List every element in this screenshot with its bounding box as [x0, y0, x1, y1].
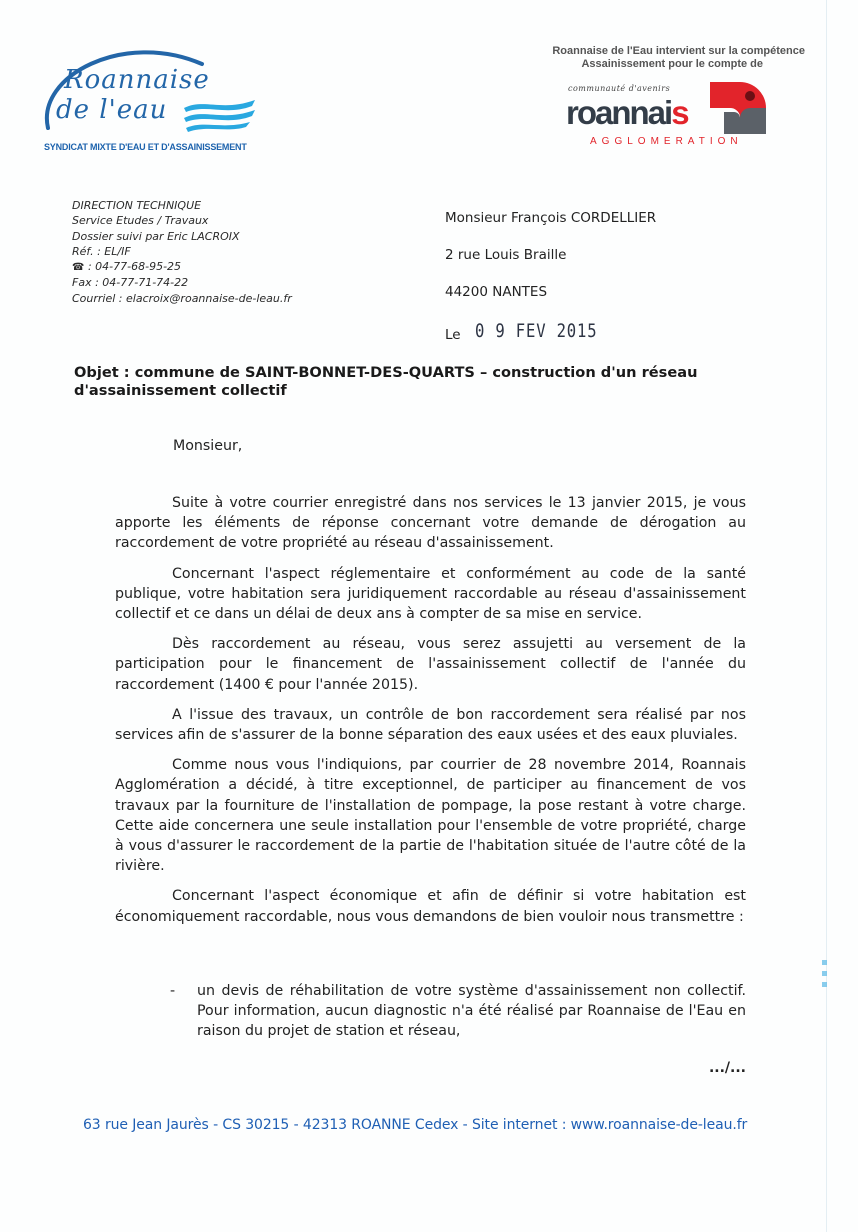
logo-motto: communauté d'avenirs — [568, 84, 670, 93]
sender-department: DIRECTION TECHNIQUE — [72, 198, 292, 213]
competence-notice: Roannaise de l'Eau intervient sur la com… — [500, 45, 805, 71]
logo-wordmark-main: roannai — [566, 94, 671, 131]
logo-agglomeration: AGGLOMERATION — [590, 136, 743, 147]
telephone-icon: ☎ — [72, 262, 84, 273]
footer-address: 63 rue Jean Jaurès - CS 30215 - 42313 RO… — [83, 1117, 747, 1133]
sender-service: Service Etudes / Travaux — [72, 213, 292, 228]
salutation: Monsieur, — [173, 438, 242, 454]
competence-notice-line-1: Roannaise de l'Eau intervient sur la com… — [500, 45, 805, 58]
body-paragraph: Suite à votre courrier enregistré dans n… — [115, 493, 746, 554]
body-paragraph: Concernant l'aspect réglementaire et con… — [115, 564, 746, 625]
recipient-block: Monsieur François CORDELLIER 2 rue Louis… — [445, 200, 656, 311]
sender-email[interactable]: Courriel : elacroix@roannaise-de-leau.fr — [72, 291, 292, 306]
body-paragraph: Dès raccordement au réseau, vous serez a… — [115, 634, 746, 695]
date-line: Le 0 9 FEV 2015 — [445, 322, 624, 344]
recipient-name: Monsieur François CORDELLIER — [445, 200, 656, 237]
scan-artifact — [822, 960, 828, 1020]
date-prefix: Le — [445, 327, 461, 343]
recipient-city: 44200 NANTES — [445, 274, 656, 311]
water-waves-icon — [182, 98, 257, 134]
date-stamp: 0 9 FEV 2015 — [475, 320, 597, 342]
logo-wordmark-accent: s — [671, 94, 687, 131]
sender-reference: Réf. : EL/IF — [72, 244, 292, 259]
logo-line-2: de l'eau — [56, 96, 167, 124]
logo-line-1: Roannaise — [64, 66, 210, 94]
sender-phone-row: ☎ : 04-77-68-95-25 — [72, 259, 292, 275]
body-paragraph: Concernant l'aspect économique et afin d… — [115, 886, 746, 926]
sender-block: DIRECTION TECHNIQUE Service Etudes / Tra… — [72, 198, 292, 306]
bullet-marker: - — [170, 981, 175, 1001]
logo-wordmark: roannais — [566, 94, 688, 132]
letter-subject: Objet : commune de SAINT-BONNET-DES-QUAR… — [74, 364, 750, 400]
continued-marker: .../... — [690, 1060, 746, 1076]
body-paragraph: Comme nous vous l'indiquions, par courri… — [115, 755, 746, 876]
body-paragraph: A l'issue des travaux, un contrôle de bo… — [115, 705, 746, 745]
letter-body: Suite à votre courrier enregistré dans n… — [115, 493, 746, 937]
recipient-street: 2 rue Louis Braille — [445, 237, 656, 274]
scan-edge-line — [826, 0, 827, 1232]
sender-fax: Fax : 04-77-71-74-22 — [72, 275, 292, 290]
roannaise-de-leau-logo: Roannaise de l'eau SYNDICAT MIXTE D'EAU … — [34, 36, 284, 156]
bullet-item: - un devis de réhabilitation de votre sy… — [170, 981, 746, 1042]
roannais-agglomeration-logo: communauté d'avenirs roannais AGGLOMERAT… — [560, 78, 780, 153]
sender-phone: : 04-77-68-95-25 — [84, 260, 181, 273]
ra-monogram-icon — [710, 82, 766, 134]
sender-followed-by: Dossier suivi par Eric LACROIX — [72, 229, 292, 244]
bullet-text: un devis de réhabilitation de votre syst… — [197, 981, 746, 1042]
competence-notice-line-2: Assainissement pour le compte de — [500, 58, 805, 71]
logo-tagline: SYNDICAT MIXTE D'EAU ET D'ASSAINISSEMENT — [44, 142, 247, 152]
